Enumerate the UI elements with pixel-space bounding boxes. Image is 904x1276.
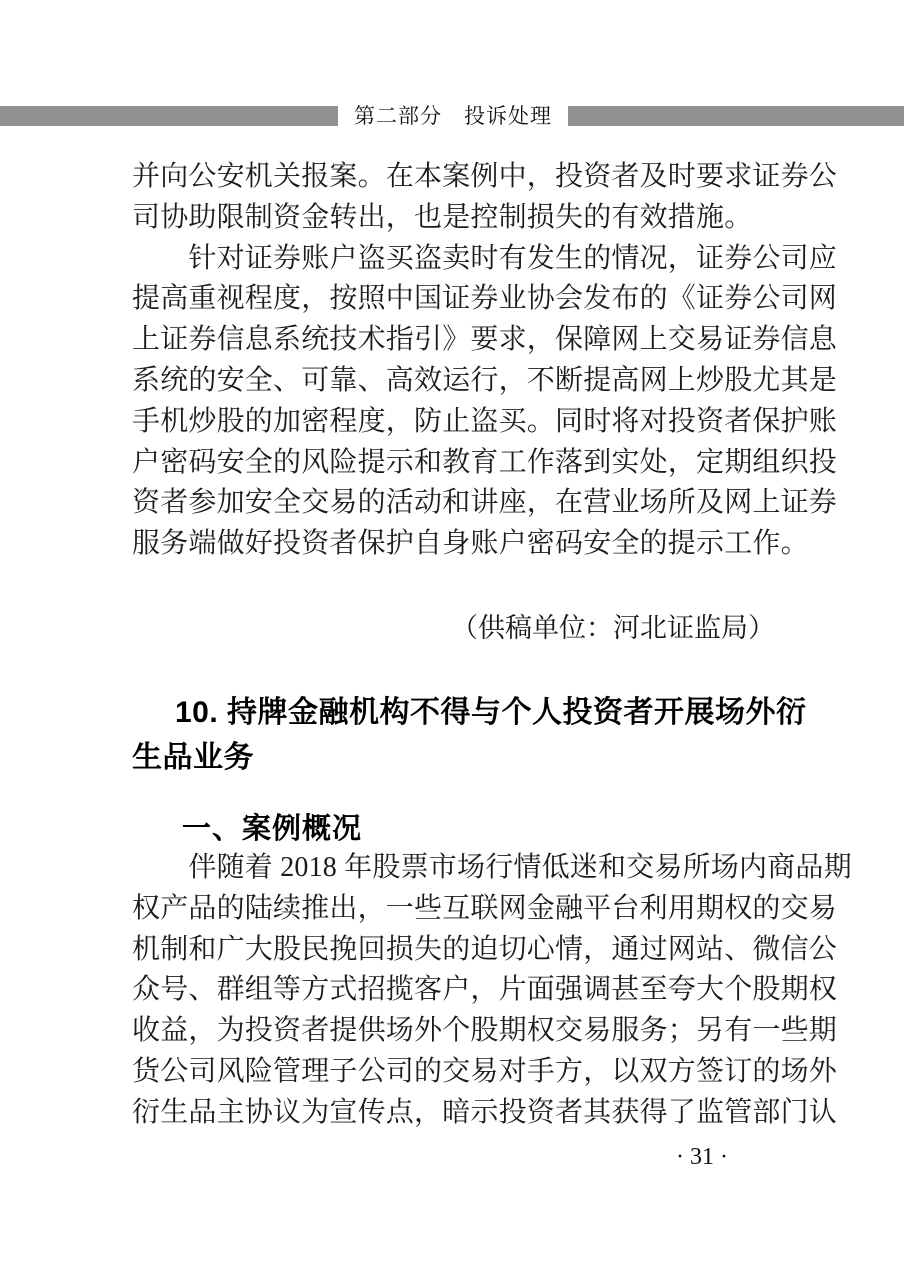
page-number: · 31 · (642, 1142, 762, 1172)
text-line: 手机炒股的加密程度，防止盗买。同时将对投资者保护账 (132, 402, 812, 443)
text-line: 众号、群组等方式招揽客户，片面强调甚至夸大个股期权 (132, 970, 812, 1011)
text-line: 提高重视程度，按照中国证券业协会发布的《证券公司网 (132, 279, 812, 320)
text-line: 生品业务 (132, 735, 812, 780)
text-line: 权产品的陆续推出，一些互联网金融平台利用期权的交易 (132, 889, 812, 930)
section-heading: 10. 持牌金融机构不得与个人投资者开展场外衍生品业务 (132, 690, 812, 780)
book-page: 第二部分 投诉处理 并向公安机关报案。在本案例中，投资者及时要求证券公司协助限制… (0, 0, 904, 1276)
text-line: 收益，为投资者提供场外个股期权交易服务；另有一些期 (132, 1011, 812, 1052)
text-line: 针对证券账户盗买盗卖时有发生的情况，证券公司应 (132, 239, 812, 280)
text-line: 货公司风险管理子公司的交易对手方，以双方签订的场外 (132, 1052, 812, 1093)
text-line: 10. 持牌金融机构不得与个人投资者开展场外衍 (132, 690, 812, 735)
text-line: 资者参加安全交易的活动和讲座，在营业场所及网上证券 (132, 483, 812, 524)
paragraph-case-overview: 伴随着 2018 年股票市场行情低迷和交易所场内商品期权产品的陆续推出，一些互联… (132, 848, 812, 1134)
header-rule-left (0, 106, 338, 126)
attribution-line: （供稿单位：河北证监局） (451, 608, 775, 648)
paragraph-recommendation: 针对证券账户盗买盗卖时有发生的情况，证券公司应提高重视程度，按照中国证券业协会发… (132, 239, 812, 565)
text-line: 并向公安机关报案。在本案例中，投资者及时要求证券公 (132, 157, 812, 198)
text-line: 系统的安全、可靠、高效运行，不断提高网上炒股尤其是 (132, 361, 812, 402)
header-rule-right (568, 106, 904, 126)
body-text-upper: 并向公安机关报案。在本案例中，投资者及时要求证券公司协助限制资金转出，也是控制损… (132, 157, 812, 565)
running-header-title: 第二部分 投诉处理 (338, 103, 568, 129)
text-line: 服务端做好投资者保护自身账户密码安全的提示工作。 (132, 524, 812, 565)
text-line: 上证券信息系统技术指引》要求，保障网上交易证券信息 (132, 320, 812, 361)
text-line: 司协助限制资金转出，也是控制损失的有效措施。 (132, 198, 812, 239)
text-line: 衍生品主协议为宣传点，暗示投资者其获得了监管部门认 (132, 1093, 812, 1134)
text-line: 户密码安全的风险提示和教育工作落到实处，定期组织投 (132, 443, 812, 484)
text-line: 机制和广大股民挽回损失的迫切心情，通过网站、微信公 (132, 930, 812, 971)
paragraph-continuation: 并向公安机关报案。在本案例中，投资者及时要求证券公司协助限制资金转出，也是控制损… (132, 157, 812, 239)
subheading-case-overview: 一、案例概况 (132, 809, 812, 849)
text-line: 伴随着 2018 年股票市场行情低迷和交易所场内商品期 (132, 848, 812, 889)
